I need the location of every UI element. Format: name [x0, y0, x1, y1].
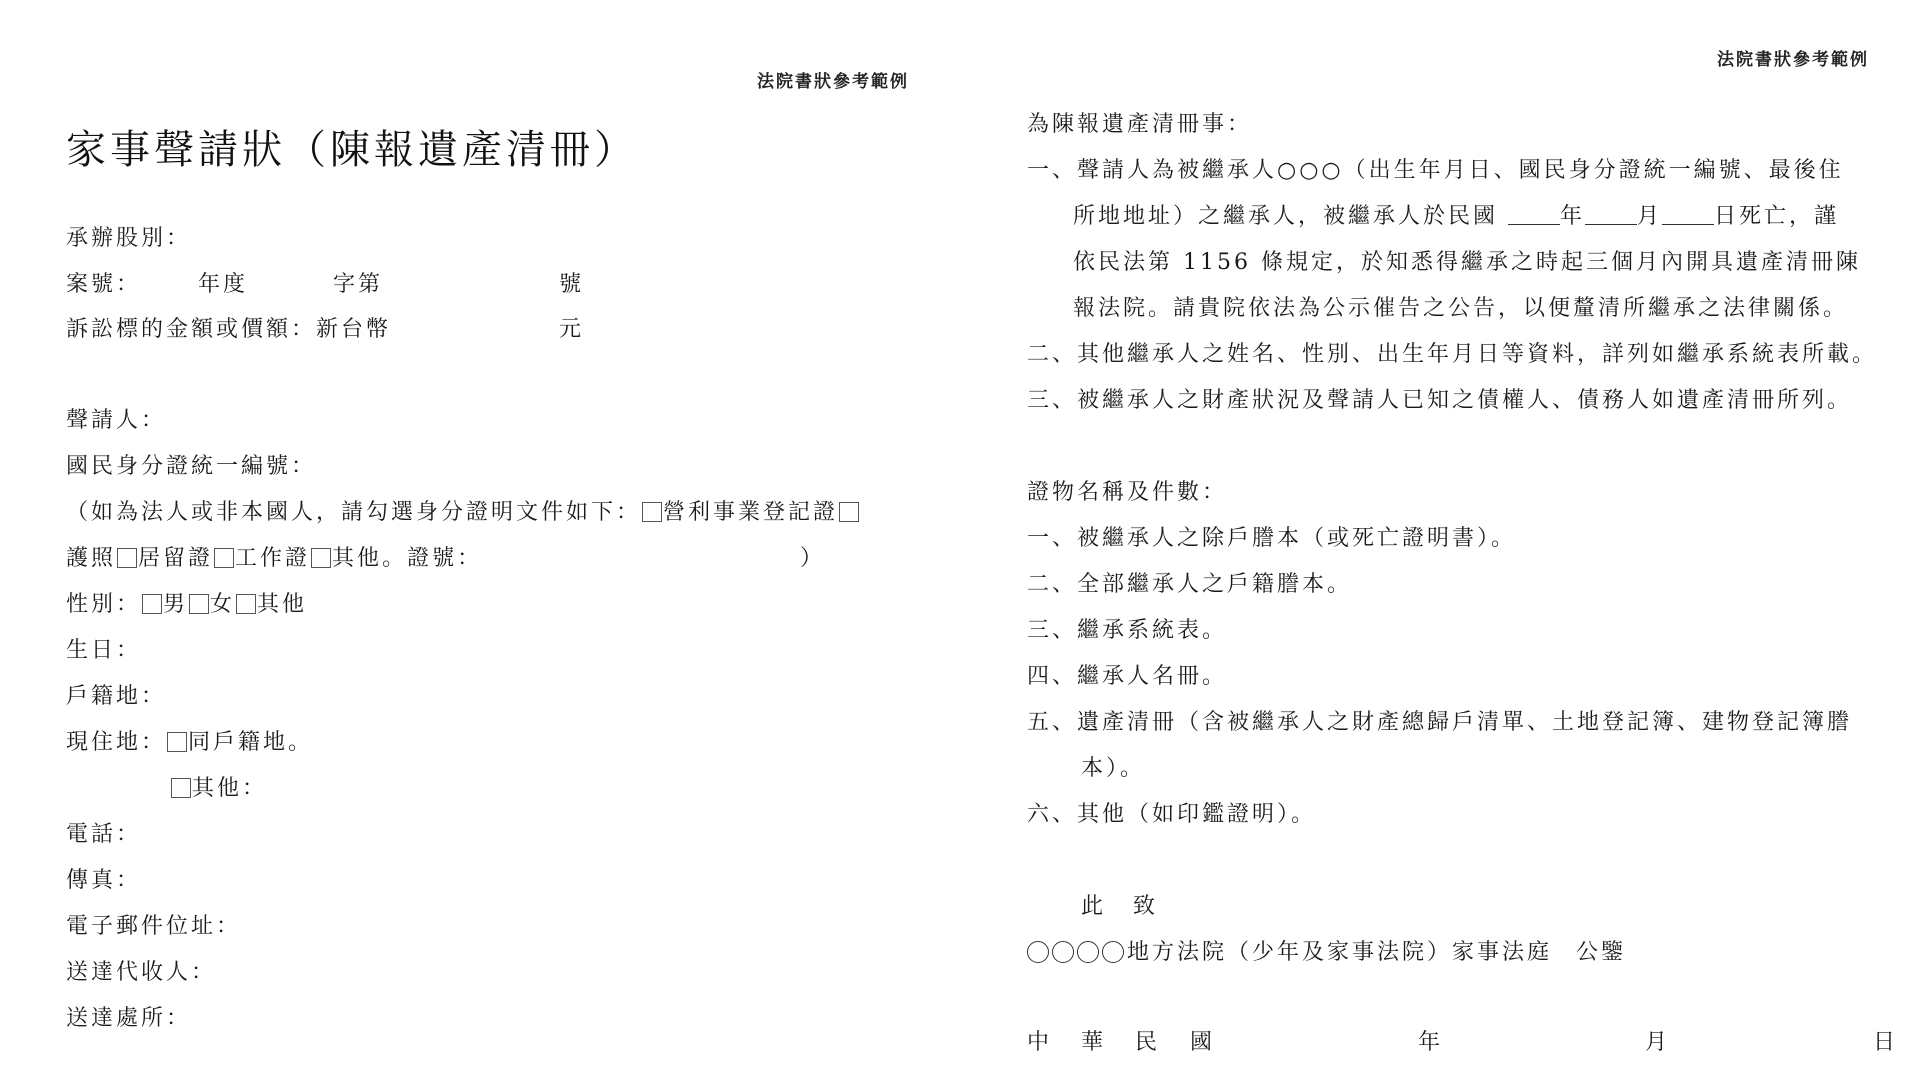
- fax-label: 傳真：: [66, 866, 141, 896]
- division-label: 承辦股別：: [66, 224, 191, 254]
- item-1-text-2: 所地地址）之繼承人，被繼承人於民國: [1073, 204, 1498, 229]
- evidence-1-number: 一、: [1027, 526, 1077, 551]
- doc-number-label: 。證號：: [382, 546, 482, 571]
- option-female: 女: [210, 592, 235, 617]
- checkbox-gender-other[interactable]: [236, 594, 256, 614]
- birthday-label: 生日：: [66, 636, 141, 666]
- checkbox-business-registration[interactable]: [642, 502, 662, 522]
- service-agent-label: 送達代收人：: [66, 958, 216, 988]
- court-name-placeholder-circle: [1027, 941, 1049, 963]
- item-3-text: 被繼承人之財產狀況及聲請人已知之債權人、債務人如遺產清冊所列。: [1077, 388, 1852, 413]
- foreign-doc-note: （如為法人或非本國人，請勾選身分證明文件如下：: [66, 500, 641, 525]
- death-year-blank[interactable]: [1508, 202, 1560, 225]
- evidence-5-number: 五、: [1027, 710, 1077, 735]
- item-1-text-1: 聲請人為被繼承人○○○（出生年月日、國民身分證統一編號、最後住: [1077, 158, 1844, 183]
- option-residence-permit: 居留證: [138, 546, 213, 571]
- evidence-6-number: 六、: [1027, 802, 1077, 827]
- document-title: 家事聲請狀（陳報遺產清冊）: [66, 118, 638, 175]
- foreign-doc-line-1: （如為法人或非本國人，請勾選身分證明文件如下：營利事業登記證: [66, 498, 860, 528]
- evidence-2-text: 全部繼承人之戶籍謄本。: [1077, 572, 1352, 597]
- household-label: 戶籍地：: [66, 682, 166, 712]
- item-3-number: 三、: [1027, 388, 1077, 413]
- item-1-line-3: 依民法第 1156 條規定，於知悉得繼承之時起三個月內開具遺產清冊陳: [1073, 248, 1861, 278]
- left-header-note: 法院書狀參考範例: [757, 67, 909, 92]
- date-era-hua: 華: [1081, 1028, 1106, 1058]
- checkbox-same-household[interactable]: [167, 732, 187, 752]
- evidence-item-1: 一、被繼承人之除戶謄本（或死亡證明書）。: [1027, 524, 1516, 554]
- doc-number-close-paren: ）: [800, 544, 825, 574]
- checkbox-male[interactable]: [142, 594, 162, 614]
- case-number-label: 案號：: [66, 270, 141, 300]
- evidence-3-text: 繼承系統表。: [1077, 618, 1227, 643]
- evidence-title: 證物名稱及件數：: [1027, 478, 1227, 508]
- foreign-doc-line-2: 護照居留證工作證其他。證號：: [66, 544, 482, 574]
- death-day-blank[interactable]: [1662, 202, 1714, 225]
- item-1-line-1: 一、聲請人為被繼承人○○○（出生年月日、國民身分證統一編號、最後住: [1027, 156, 1844, 186]
- item-1-number: 一、: [1027, 158, 1077, 183]
- date-year-label: 年: [1418, 1028, 1443, 1058]
- option-business-registration: 營利事業登記證: [663, 500, 838, 525]
- item-2: 二、其他繼承人之姓名、性別、出生年月日等資料，詳列如繼承系統表所載。: [1027, 340, 1877, 370]
- date-day-label: 日: [1873, 1028, 1898, 1058]
- option-same-household: 同戶籍地。: [188, 730, 313, 755]
- gender-label: 性別：: [66, 592, 141, 617]
- evidence-item-5: 五、遺產清冊（含被繼承人之財產總歸戶清單、土地登記簿、建物登記簿謄: [1027, 708, 1852, 738]
- honorific: 公鑒: [1576, 940, 1626, 965]
- evidence-item-6: 六、其他（如印鑑證明）。: [1027, 800, 1316, 830]
- checkbox-residence-other[interactable]: [171, 778, 191, 798]
- option-work-permit: 工作證: [235, 546, 310, 571]
- evidence-3-number: 三、: [1027, 618, 1077, 643]
- evidence-item-2: 二、全部繼承人之戶籍謄本。: [1027, 570, 1352, 600]
- court-name-placeholder-circle: [1077, 941, 1099, 963]
- applicant-label: 聲請人：: [66, 406, 166, 436]
- residence-other-line: 其他：: [170, 774, 267, 804]
- service-address-label: 送達處所：: [66, 1004, 191, 1034]
- death-month-label: 月: [1637, 204, 1662, 229]
- gender-line: 性別：男女其他: [66, 590, 307, 620]
- evidence-item-5-cont: 本）。: [1081, 754, 1145, 784]
- checkbox-residence-permit[interactable]: [117, 548, 137, 568]
- checkbox-passport[interactable]: [839, 502, 859, 522]
- closing-zhi: 致: [1133, 892, 1158, 922]
- option-residence-other: 其他：: [192, 776, 267, 801]
- item-2-text: 其他繼承人之姓名、性別、出生年月日等資料，詳列如繼承系統表所載。: [1077, 342, 1877, 367]
- phone-label: 電話：: [66, 820, 141, 850]
- option-male: 男: [163, 592, 188, 617]
- date-era-guo: 國: [1190, 1028, 1215, 1058]
- evidence-5-text: 遺產清冊（含被繼承人之財產總歸戶清單、土地登記簿、建物登記簿謄: [1077, 710, 1852, 735]
- death-month-blank[interactable]: [1585, 202, 1637, 225]
- court-name-placeholder-circle: [1102, 941, 1124, 963]
- petition-subject: 為陳報遺產清冊事：: [1027, 110, 1252, 140]
- evidence-6-text: 其他（如印鑑證明）。: [1077, 802, 1316, 827]
- item-3: 三、被繼承人之財產狀況及聲請人已知之債權人、債務人如遺產清冊所列。: [1027, 386, 1852, 416]
- case-word-label: 字第: [333, 270, 383, 300]
- evidence-2-number: 二、: [1027, 572, 1077, 597]
- evidence-1-text: 被繼承人之除戶謄本（或死亡證明書）。: [1077, 526, 1516, 551]
- option-other-doc: 其他: [332, 546, 382, 571]
- evidence-item-4: 四、繼承人名冊。: [1027, 662, 1227, 692]
- item-1-line-2: 所地地址）之繼承人，被繼承人於民國 年月日死亡，謹: [1073, 202, 1839, 232]
- date-era-zhong: 中: [1027, 1028, 1052, 1058]
- death-year-label: 年: [1560, 204, 1585, 229]
- court-name-placeholder-circle: [1052, 941, 1074, 963]
- closing-ci: 此: [1081, 892, 1106, 922]
- email-label: 電子郵件位址：: [66, 912, 241, 942]
- residence-line: 現住地：同戶籍地。: [66, 728, 313, 758]
- right-header-note: 法院書狀參考範例: [1717, 45, 1869, 70]
- evidence-4-text: 繼承人名冊。: [1077, 664, 1227, 689]
- evidence-4-number: 四、: [1027, 664, 1077, 689]
- id-number-label: 國民身分證統一編號：: [66, 452, 316, 482]
- residence-label: 現住地：: [66, 730, 166, 755]
- option-passport: 護照: [66, 546, 116, 571]
- date-era-min: 民: [1135, 1028, 1160, 1058]
- court-line: 地方法院（少年及家事法院）家事法庭 公鑒: [1027, 938, 1626, 968]
- case-year-label: 年度: [198, 270, 248, 300]
- case-number-suffix: 號: [559, 270, 584, 300]
- item-1-line-4: 報法院。請貴院依法為公示催告之公告，以便釐清所繼承之法律關係。: [1073, 294, 1848, 324]
- currency-unit: 元: [559, 315, 584, 345]
- checkbox-work-permit[interactable]: [214, 548, 234, 568]
- claim-amount-label: 訴訟標的金額或價額：新台幣: [66, 315, 391, 345]
- checkbox-female[interactable]: [189, 594, 209, 614]
- item-2-number: 二、: [1027, 342, 1077, 367]
- death-day-suffix: 日死亡，謹: [1714, 204, 1839, 229]
- evidence-item-3: 三、繼承系統表。: [1027, 616, 1227, 646]
- option-gender-other: 其他: [257, 592, 307, 617]
- checkbox-other-doc[interactable]: [311, 548, 331, 568]
- date-month-label: 月: [1645, 1028, 1670, 1058]
- court-name: 地方法院（少年及家事法院）家事法庭: [1127, 940, 1552, 965]
